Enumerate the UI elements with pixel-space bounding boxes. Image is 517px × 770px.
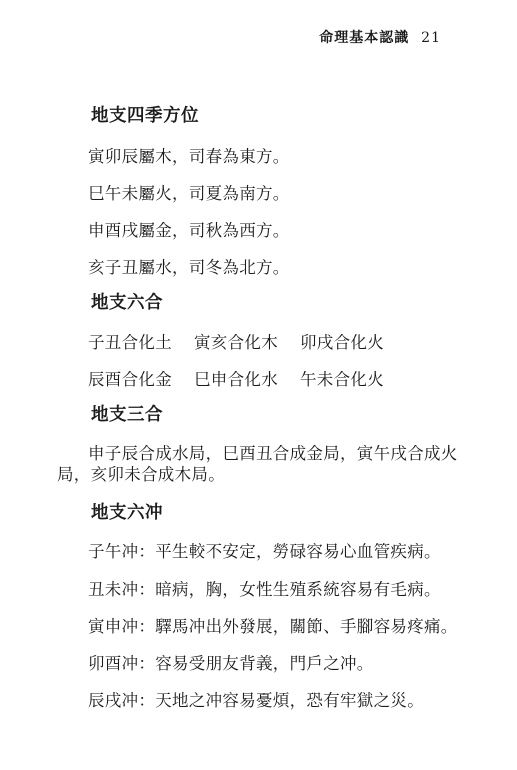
running-header: 命理基本認識 21 xyxy=(319,27,441,47)
page-number: 21 xyxy=(421,30,441,46)
paragraph-line: 局，亥卯未合成木局。 xyxy=(57,465,225,485)
clash-line: 丑未冲：暗病，胸，女性生殖系統容易有毛病。 xyxy=(88,580,441,600)
text-line: 亥子丑屬水，司冬為北方。 xyxy=(88,258,290,278)
clash-line: 子午冲：平生較不安定，勞碌容易心血管疾病。 xyxy=(88,542,441,562)
harmony-row: 辰酉合化金巳申合化水午未合化火 xyxy=(88,370,384,390)
book-title: 命理基本認識 xyxy=(319,30,409,46)
section-heading-six-clashes: 地支六冲 xyxy=(91,502,163,524)
harmony-item: 辰酉合化金 xyxy=(88,370,172,389)
section-heading-six-harmonies: 地支六合 xyxy=(91,292,163,314)
text-line: 巳午未屬火，司夏為南方。 xyxy=(88,184,290,204)
harmony-item: 寅亥合化木 xyxy=(194,333,278,352)
harmony-item: 子丑合化土 xyxy=(88,333,172,352)
text-line: 寅卯辰屬木，司春為東方。 xyxy=(88,147,290,167)
harmony-item: 巳申合化水 xyxy=(194,370,278,389)
harmony-row: 子丑合化土寅亥合化木卯戌合化火 xyxy=(88,333,384,353)
text-line: 申酉戌屬金，司秋為西方。 xyxy=(88,221,290,241)
paragraph-line: 申子辰合成水局，巳酉丑合成金局，寅午戌合成火 xyxy=(88,444,458,464)
clash-line: 辰戌冲：天地之冲容易憂煩，恐有牢獄之災。 xyxy=(88,691,424,711)
harmony-item: 卯戌合化火 xyxy=(300,333,384,352)
section-heading-three-harmonies: 地支三合 xyxy=(91,404,163,426)
clash-line: 寅申冲：驛馬冲出外發展，關節、手腳容易疼痛。 xyxy=(88,617,458,637)
harmony-item: 午未合化火 xyxy=(300,370,384,389)
section-heading-seasonal-directions: 地支四季方位 xyxy=(91,105,199,127)
clash-line: 卯酉冲：容易受朋友背義，門戶之冲。 xyxy=(88,654,374,674)
